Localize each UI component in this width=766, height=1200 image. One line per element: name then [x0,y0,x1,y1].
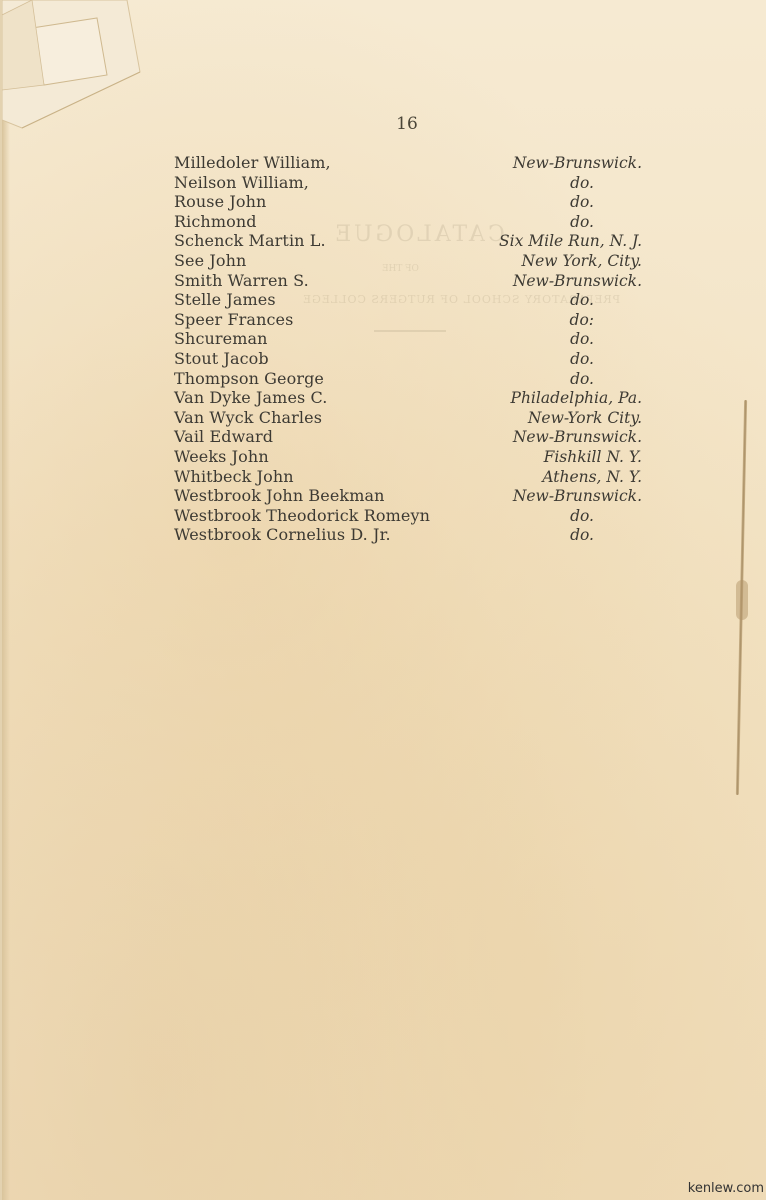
student-name: Stout Jacob [174,349,269,369]
list-item: Stout Jacobdo. [174,349,642,369]
student-name: Schenck Martin L. [174,231,326,251]
list-item: Weeks JohnFishkill N. Y. [174,447,642,467]
student-name: Whitbeck John [174,467,294,487]
list-item: Van Dyke James C.Philadelphia, Pa. [174,388,642,408]
list-item: Whitbeck JohnAthens, N. Y. [174,467,642,487]
list-item: Westbrook Cornelius D. Jr.do. [174,525,642,545]
student-name: Thompson George [174,369,324,389]
student-residence: New-York City. [528,409,642,429]
student-name: See John [174,251,246,271]
student-residence: Fishkill N. Y. [544,448,642,468]
student-residence: do. [570,507,594,527]
student-residence: Athens, N. Y. [542,468,642,488]
student-residence: do. [570,193,594,213]
binding-thread-knot [736,580,748,620]
student-residence: Philadelphia, Pa. [511,389,642,409]
list-item: Milledoler William,New-Brunswick. [174,153,642,173]
student-residence: do. [570,330,594,350]
list-item: Speer Francesdo: [174,310,642,330]
student-residence: do. [570,370,594,390]
student-name: Milledoler William, [174,153,331,173]
list-item: Stelle Jamesdo. [174,290,642,310]
student-residence: New-Brunswick. [513,154,642,174]
student-name: Van Dyke James C. [174,388,327,408]
folded-corner-graphic [2,0,142,130]
list-item: Westbrook Theodorick Romeyndo. [174,506,642,526]
student-name: Rouse John [174,192,266,212]
student-residence: do. [570,174,594,194]
list-item: Smith Warren S.New-Brunswick. [174,271,642,291]
student-list: Milledoler William,New-Brunswick. Neilso… [174,153,642,545]
page-edge [2,0,10,1200]
student-residence: Six Mile Run, N. J. [499,232,642,252]
student-name: Westbrook John Beekman [174,486,385,506]
student-name: Richmond [174,212,257,232]
page-number: 16 [2,114,766,134]
list-item: Richmonddo. [174,212,642,232]
list-item: See JohnNew York, City. [174,251,642,271]
list-item: Thompson Georgedo. [174,369,642,389]
student-name: Stelle James [174,290,276,310]
watermark-text: kenlew.com [688,1181,764,1196]
list-item: Shcuremando. [174,329,642,349]
student-residence: do. [570,526,594,546]
student-residence: do. [570,213,594,233]
student-name: Speer Frances [174,310,293,330]
student-residence: do. [570,350,594,370]
student-name: Smith Warren S. [174,271,309,291]
student-name: Weeks John [174,447,269,467]
student-name: Neilson William, [174,173,309,193]
student-residence: New-Brunswick. [513,487,642,507]
student-residence: New-Brunswick. [513,272,642,292]
student-name: Vail Edward [174,427,273,447]
list-item: Neilson William,do. [174,173,642,193]
student-name: Westbrook Cornelius D. Jr. [174,525,391,545]
student-residence: New-Brunswick. [513,428,642,448]
student-name: Van Wyck Charles [174,408,322,428]
list-item: Westbrook John BeekmanNew-Brunswick. [174,486,642,506]
list-item: Schenck Martin L.Six Mile Run, N. J. [174,231,642,251]
list-item: Rouse Johndo. [174,192,642,212]
list-item: Van Wyck CharlesNew-York City. [174,408,642,428]
student-residence: New York, City. [522,252,642,272]
student-residence: do: [570,311,594,331]
student-name: Westbrook Theodorick Romeyn [174,506,430,526]
list-item: Vail EdwardNew-Brunswick. [174,427,642,447]
student-residence: do. [570,291,594,311]
document-page: CATALOGUE OF THE PREPARATORY SCHOOL OF R… [0,0,766,1200]
student-name: Shcureman [174,329,268,349]
